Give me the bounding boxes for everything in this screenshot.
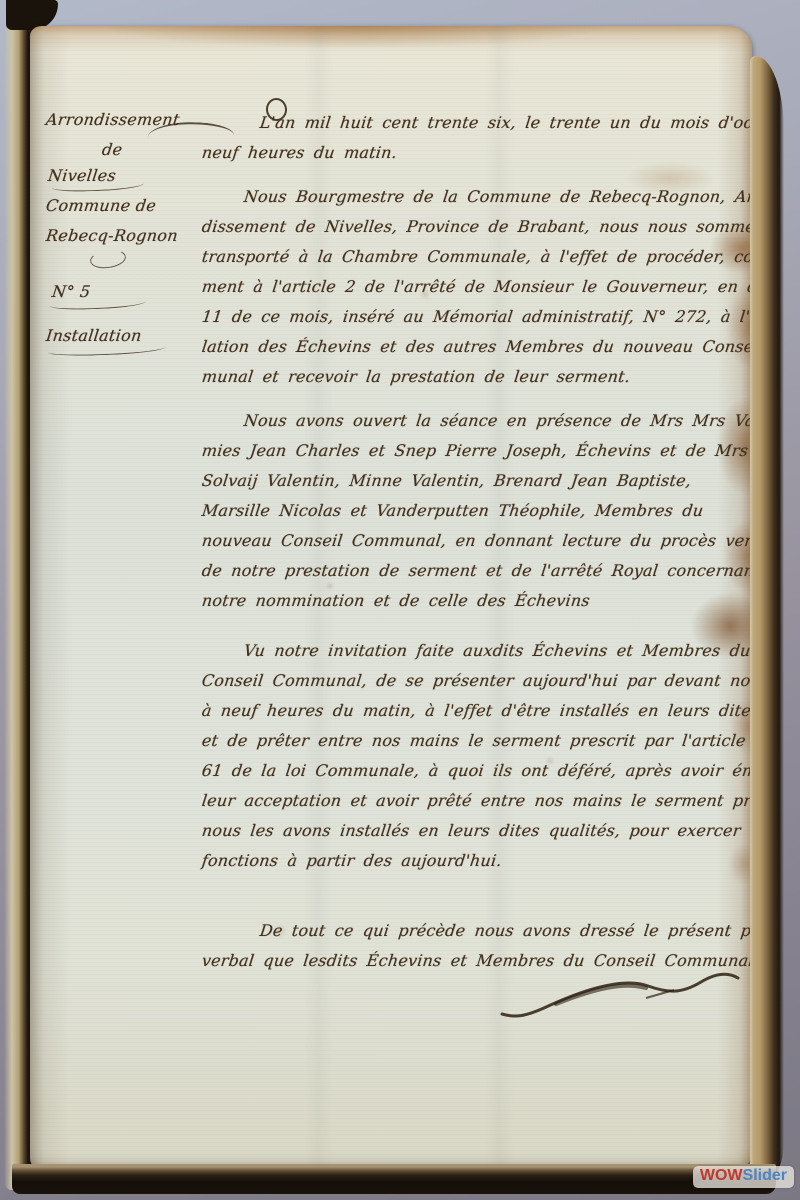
wowslider-logo-wow: WOW [700, 1167, 743, 1184]
manuscript-line: nouveau Conseil Communal, en donnant lec… [200, 526, 752, 556]
manuscript-line: 61 de la loi Communale, à quoi ils ont d… [200, 756, 752, 786]
wowslider-logo-slider: Slider [743, 1167, 787, 1184]
pen-flourish-closing [496, 964, 746, 1026]
margin-line: de [101, 140, 124, 159]
manuscript-line: neuf heures du matin. [200, 138, 752, 168]
manuscript-line: lation des Échevins et des autres Membre… [200, 332, 752, 362]
manuscript-line: de notre prestation de serment et de l'a… [200, 556, 752, 586]
manuscript-line: Conseil Communal, de se présenter aujour… [200, 666, 752, 696]
manuscript-line: Nous Bourgmestre de la Commune de Rebecq… [200, 182, 752, 212]
photo-background: Arrondissement de Nivelles Commune de Re… [0, 0, 800, 1200]
margin-line: Arrondissement [45, 110, 181, 129]
manuscript-line: munal et recevoir la prestation de leur … [200, 362, 752, 392]
wowslider-logo[interactable]: WOWSlider [693, 1166, 794, 1188]
manuscript-line: dissement de Nivelles, Province de Braba… [200, 212, 752, 242]
paragraph: Vu notre invitation faite auxdits Échevi… [200, 636, 752, 876]
manuscript-line: L'an mil huit cent trente six, le trente… [200, 108, 752, 138]
manuscript-line: à neuf heures du matin, à l'effet d'être… [200, 696, 752, 726]
manuscript-line: ment à l'article 2 de l'arrêté de Monsie… [200, 272, 752, 302]
manuscript-line: 11 de ce mois, inséré au Mémorial admini… [200, 302, 752, 332]
manuscript-line: notre nommination et de celle des Échevi… [200, 586, 752, 616]
margin-line: Commune de [45, 196, 157, 215]
book-spine-gutter [4, 10, 32, 1190]
margin-line: Installation [45, 326, 143, 345]
manuscript-line: transporté à la Chambre Communale, à l'e… [200, 242, 752, 272]
manuscript-page: Arrondissement de Nivelles Commune de Re… [30, 26, 752, 1168]
page-fore-edge-stack [750, 56, 784, 1180]
manuscript-line: Nous avons ouvert la séance en présence … [200, 406, 752, 436]
manuscript-line: De tout ce qui précède nous avons dressé… [200, 916, 752, 946]
margin-line: N° 5 [51, 282, 92, 301]
manuscript-line: leur acceptation et avoir prêté entre no… [200, 786, 752, 816]
manuscript-line: Vu notre invitation faite auxdits Échevi… [200, 636, 752, 666]
manuscript-line: Marsille Nicolas et Vanderputten Théophi… [200, 496, 752, 526]
manuscript-line: fonctions à partir des aujourd'hui. [200, 846, 752, 876]
manuscript-line: Solvaij Valentin, Minne Valentin, Brenar… [200, 466, 752, 496]
paragraph: L'an mil huit cent trente six, le trente… [200, 108, 752, 168]
paragraph: Nous avons ouvert la séance en présence … [200, 406, 752, 616]
manuscript-line: nous les avons installés en leurs dites … [200, 816, 752, 846]
manuscript-line: et de prêter entre nos mains le serment … [200, 726, 752, 756]
margin-line: Nivelles [47, 166, 117, 185]
margin-line: Rebecq-Rognon [45, 226, 179, 245]
flourish-loop [89, 248, 127, 271]
flourish-underline [48, 346, 166, 357]
manuscript-line: mies Jean Charles et Snep Pierre Joseph,… [200, 436, 752, 466]
flourish-underline [50, 300, 146, 310]
book-bottom-edge [12, 1164, 776, 1194]
manuscript-body: L'an mil huit cent trente six, le trente… [200, 108, 752, 976]
paragraph: Nous Bourgmestre de la Commune de Rebecq… [200, 182, 752, 392]
